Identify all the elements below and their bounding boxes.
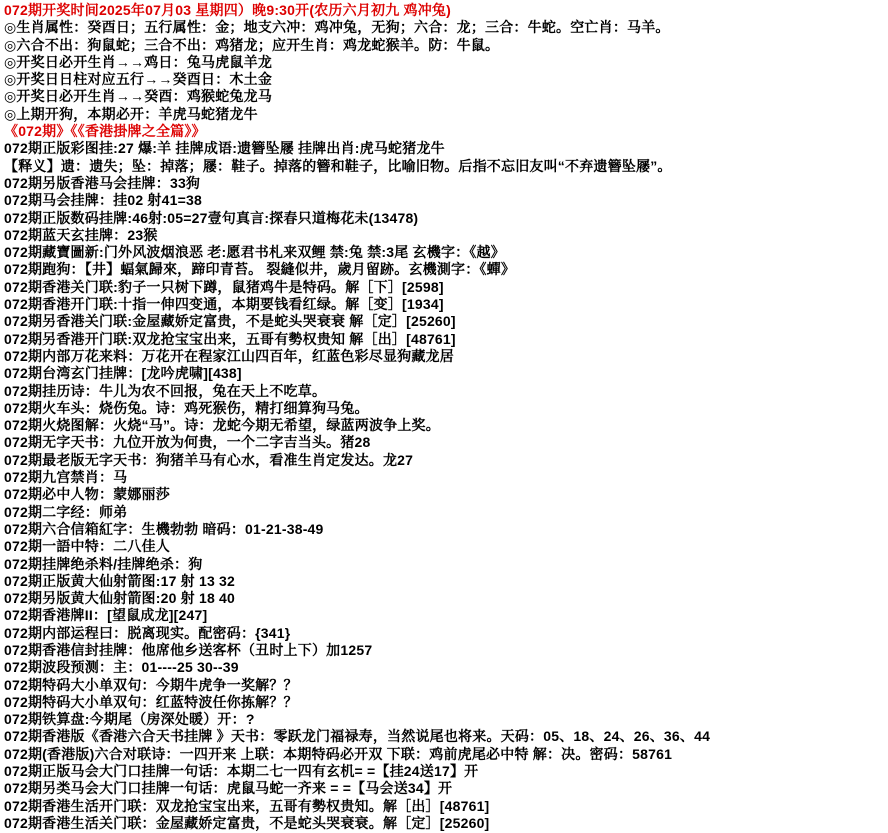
tip-line: 072期香港关门联:豹子一只树下蹲，鼠猪鸡牛是特码。解［下］[2598] xyxy=(4,279,888,296)
tip-line: 072期火车头：烧伤兔。诗：鸡死猴伤，精打细算狗马兔。 xyxy=(4,400,888,417)
tip-line: 072期(香港版)六合对联诗：一四开来 上联：本期特码必开双 下联：鸡前虎尾必中… xyxy=(4,746,888,763)
tip-line: 072期香港生活关门联：金屋藏娇定富贵，不是蛇头哭衰衰。解［定］[25260] xyxy=(4,815,888,832)
tip-line: 072期香港开门联:十指一伸四变通，本期要钱看红绿。解［变］[1934] xyxy=(4,296,888,313)
tip-line: ◎六合不出：狗鼠蛇；三合不出：鸡猪龙；应开生肖：鸡龙蛇猴羊。防：牛鼠。 xyxy=(4,37,888,54)
tip-line: 072期挂牌绝杀料/挂牌绝杀：狗 xyxy=(4,556,888,573)
tip-line: 072期马会挂牌：挂02 射41=38 xyxy=(4,192,888,209)
tip-line: 072期另香港关门联:金屋藏娇定富贵，不是蛇头哭衰衰 解［定］[25260] xyxy=(4,313,888,330)
tip-line: 072期正版数码挂牌:46射:05=27壹句真言:探春只道梅花未(13478) xyxy=(4,210,888,227)
tip-line: 072期特码大小单双句：红蓝特波任你拣解？？ xyxy=(4,694,888,711)
tip-line: 072期最老版无字天书：狗猪羊马有心水，看准生肖定发达。龙27 xyxy=(4,452,888,469)
section-title: 《072期》《《香港掛牌之全篇》》 xyxy=(4,123,888,140)
tip-line: ◎开奖日日柱对应五行→→癸酉日：木土金 xyxy=(4,71,888,88)
tip-line: ◎开奖日必开生肖→→鸡日：兔马虎鼠羊龙 xyxy=(4,54,888,71)
tip-line: 072期必中人物：蒙娜丽莎 xyxy=(4,486,888,503)
tip-line: ◎开奖日必开生肖→→癸酉：鸡猴蛇兔龙马 xyxy=(4,88,888,105)
tip-line: 072期内部运程曰：脱离现实。配密码：{341} xyxy=(4,625,888,642)
tip-line: 072期铁算盘:今期尾（房深处暖）开：? xyxy=(4,711,888,728)
tip-line: 072期一語中特：二八佳人 xyxy=(4,538,888,555)
tip-line: 【释义】遗：遗失；坠：掉落；屦：鞋子。掉落的簪和鞋子，比喻旧物。后指不忘旧友叫“… xyxy=(4,158,888,175)
tip-line: 072期香港生活开门联：双龙抢宝宝出来，五哥有勢权贵知。解［出］[48761] xyxy=(4,798,888,815)
tip-line: 072期另香港开门联:双龙抢宝宝出来，五哥有勢权贵知 解［出］[48761] xyxy=(4,331,888,348)
tip-line: 072期正版彩图挂:27 爆:羊 挂牌成语:遗簪坠屦 挂牌出肖:虎马蛇猪龙牛 xyxy=(4,140,888,157)
tip-line: 072期另类马会大门口挂牌一句话：虎鼠马蛇一齐来 = =【马会送34】开 xyxy=(4,780,888,797)
tip-line: 072期火烧图解：火烧“马”。诗：龙蛇今期无希望，绿蓝两波争上奖。 xyxy=(4,417,888,434)
tip-line: 072期跑狗：【井】蝠氣歸來，蹄印青苔。 裂縫似井，歲月留跡。玄機測字：《蟬》 xyxy=(4,261,888,278)
tip-line: 072期二字经：师弟 xyxy=(4,504,888,521)
tip-line: 072期另版黄大仙射箭图:20 射 18 40 xyxy=(4,590,888,607)
tip-line: 072期正版马会大门口挂牌一句话：本期二七一四有玄机= =【挂24送17】开 xyxy=(4,763,888,780)
tip-line: 072期无字天书：九位开放为何贵，一个二字吉当头。猪28 xyxy=(4,434,888,451)
tip-line: 072期六合信箱紅字：生機勃勃 暗码：01-21-38-49 xyxy=(4,521,888,538)
tip-line: 072期内部万花来料：万花开在程家江山四百年，红蓝色彩尽显狗藏龙居 xyxy=(4,348,888,365)
tip-line: 072期九宫禁肖：马 xyxy=(4,469,888,486)
lottery-tips-page: 072期开奖时间2025年07月03 星期四）晚9:30开(农历六月初九 鸡冲兔… xyxy=(0,0,888,833)
tip-line: 072期香港版《香港六合天书挂牌 》天书：零跃龙门福禄寿，当然说尾也将来。天码：… xyxy=(4,728,888,745)
tip-line: 072期特码大小单双句：今期牛虎争一奖解？？ xyxy=(4,677,888,694)
tip-line: 072期挂历诗：牛儿为农不回报，兔在天上不吃草。 xyxy=(4,383,888,400)
tip-line: 072期蓝天玄挂牌：23猴 xyxy=(4,227,888,244)
tip-line: ◎上期开狗，本期必开：羊虎马蛇猪龙牛 xyxy=(4,106,888,123)
draw-info-header: 072期开奖时间2025年07月03 星期四）晚9:30开(农历六月初九 鸡冲兔… xyxy=(4,2,888,19)
tip-line: 072期香港信封挂牌：他席他乡送客杯（丑时上下）加1257 xyxy=(4,642,888,659)
tip-line: 072期另版香港马会挂牌：33狗 xyxy=(4,175,888,192)
tip-line: ◎生肖属性：癸酉日；五行属性：金；地支六冲：鸡冲兔，无狗；六合：龙；三合：牛蛇。… xyxy=(4,19,888,36)
tip-line: 072期藏寶圖新:门外风波烟浪恶 老:愿君书札来双鲤 禁:兔 禁:3尾 玄機字：… xyxy=(4,244,888,261)
tip-line: 072期波段预测：主：01----25 30--39 xyxy=(4,659,888,676)
tip-line: 072期台湾玄门挂牌：[龙吟虎啸][438] xyxy=(4,365,888,382)
tip-line: 072期正版黄大仙射箭图:17 射 13 32 xyxy=(4,573,888,590)
tip-line: 072期香港牌II：[望鼠成龙][247] xyxy=(4,607,888,624)
tips-line-list: 072期开奖时间2025年07月03 星期四）晚9:30开(农历六月初九 鸡冲兔… xyxy=(4,2,888,832)
